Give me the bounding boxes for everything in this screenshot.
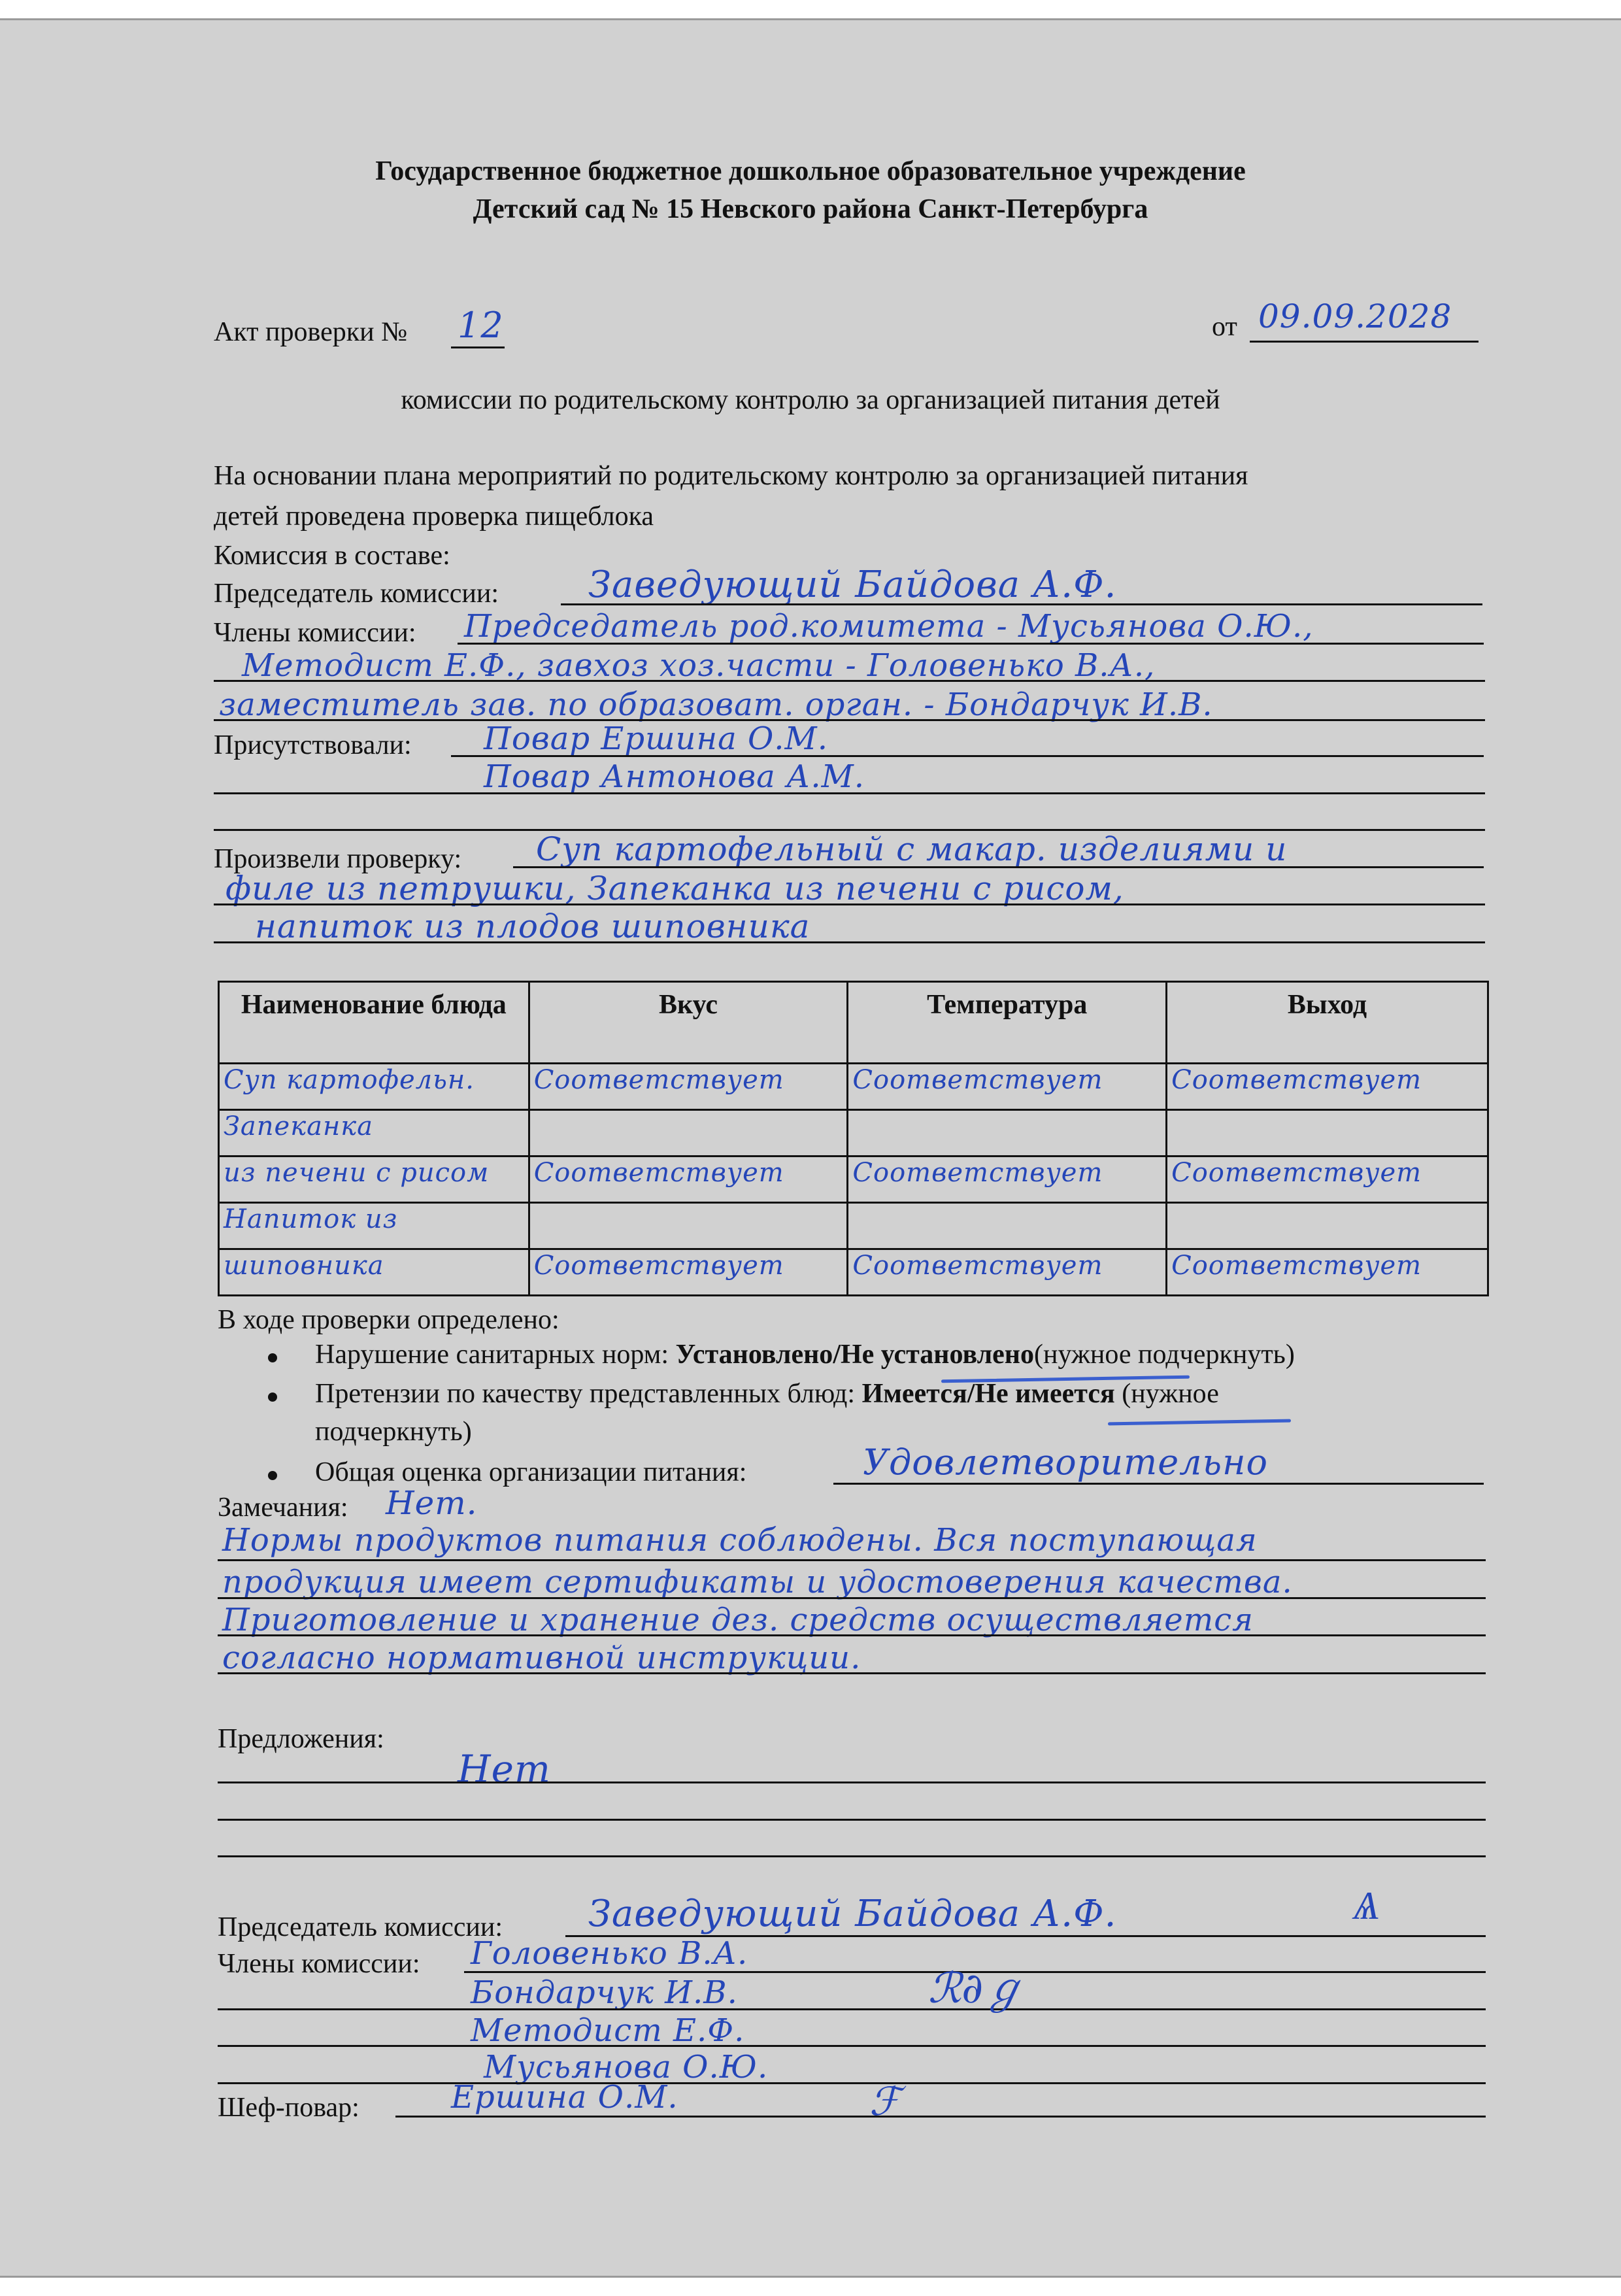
table-row: из печени с рисомСоответствуетСоответств… [219,1156,1488,1203]
cell-taste [529,1203,848,1249]
cell-temperature [848,1203,1167,1249]
remarks-first: Нет. [386,1484,478,1522]
remarks-line-3: Приготовление и хранение дез. средств ос… [222,1602,1254,1638]
chef-value: Ершина О.М. [451,2079,678,2116]
present-line-2: Повар Антонова А.М. [484,758,865,795]
chair-underline [561,603,1482,605]
cell-temperature: Соответствует [848,1249,1167,1296]
hint-underline: (нужное [1115,1379,1219,1409]
composition-label: Комиссия в составе: [214,540,450,571]
sign-member-3: Методист Е.Ф. [471,2012,744,2049]
sign-members-underline-2 [218,2008,1486,2010]
cell-taste: Соответствует [529,1249,848,1296]
cell-yield: Соответствует [1167,1249,1488,1296]
act-date-label: от [1212,311,1237,343]
hint-underline-cont: подчеркнуть) [315,1416,472,1447]
overall-assessment-label: Общая оценка организации питания: [315,1457,746,1488]
option-established[interactable]: Установлено [676,1340,833,1370]
handwritten-entry: Запеканка [224,1111,373,1141]
sign-members-label: Члены комиссии: [218,1948,420,1980]
handwritten-entry: Суп картофельн. [224,1065,475,1095]
chef-underline [395,2116,1486,2118]
cell-dish-name: из печени с рисом [219,1156,529,1203]
act-number-underline [451,346,505,348]
cell-temperature [848,1110,1167,1156]
proposals-value: Нет [458,1747,551,1791]
finding-quality-label: Претензии по качеству представленных блю… [315,1379,862,1409]
act-number-value: 12 [458,305,504,346]
finding-quality-claims: Претензии по качеству представленных блю… [315,1378,1219,1410]
chair-signature: Ѧ [1353,1883,1380,1929]
sign-chair-label: Председатель комиссии: [218,1912,503,1943]
chair-value: Заведующий Байдова А.Ф. [588,564,1116,606]
cell-taste: Соответствует [529,1156,848,1203]
members-line-2: Методист Е.Ф., завхоз хоз.части - Голове… [242,647,1155,684]
members-line-3: заместитель зав. по образоват. орган. - … [219,686,1213,723]
remarks-underline-2 [218,1597,1486,1599]
handwritten-entry: Соответствует [852,1158,1103,1188]
cell-dish-name: Напиток из [219,1203,529,1249]
institution-name-line1: Государственное бюджетное дошкольное обр… [0,156,1621,187]
inspection-line-1: Суп картофельный с макар. изделиями и [536,830,1287,868]
present-underline-1 [451,755,1484,757]
intro-line1: На основании плана мероприятий по родите… [214,460,1248,492]
act-number-label: Акт проверки № [214,316,407,348]
handwritten-entry: Напиток из [224,1204,397,1234]
finding-sanitary-label: Нарушение санитарных норм: [315,1340,676,1370]
hint-underline: (нужное подчеркнуть) [1034,1340,1295,1370]
sign-members-underline-3 [218,2045,1486,2047]
bullet-icon [268,1353,277,1362]
cell-dish-name: Суп картофельн. [219,1064,529,1110]
sign-chair-value: Заведующий Байдова А.Ф. [588,1893,1116,1935]
chef-label: Шеф-повар: [218,2092,359,2123]
member-signatures: ℛ∂ℊ [928,1955,1025,2015]
header-dish-name: Наименование блюда [219,982,529,1064]
handwritten-entry: Соответствует [1171,1158,1422,1188]
bullet-icon [268,1393,277,1402]
finding-sanitary: Нарушение санитарных норм: Установлено/Н… [315,1339,1295,1370]
cell-taste [529,1110,848,1156]
overall-assessment-underline [833,1483,1484,1485]
members-label: Члены комиссии: [214,617,416,649]
dishes-table: Наименование блюда Вкус Температура Выхо… [218,981,1489,1296]
cell-taste: Соответствует [529,1064,848,1110]
act-subtitle: комиссии по родительскому контролю за ор… [0,384,1621,416]
chair-label: Председатель комиссии: [214,578,499,609]
chef-signature: ℱ [869,2079,900,2125]
table-row: Напиток из [219,1203,1488,1249]
findings-heading: В ходе проверки определено: [218,1304,560,1336]
cell-yield: Соответствует [1167,1064,1488,1110]
option-separator: / [833,1340,841,1370]
intro-line2: детей проведена проверка пищеблока [214,501,654,532]
inspection-underline-2 [214,903,1485,905]
remarks-underline-4 [218,1672,1486,1674]
inspection-line-2: филе из петрушки, Запеканка из печени с … [226,869,1124,907]
cell-yield: Соответствует [1167,1156,1488,1203]
inspection-underline-3 [214,941,1485,943]
remarks-line-2: продукция имеет сертификаты и удостовере… [222,1564,1293,1600]
remarks-underline-3 [218,1634,1486,1636]
header-taste: Вкус [529,982,848,1064]
proposals-underline-1 [218,1781,1486,1783]
handwritten-entry: Соответствует [534,1158,784,1188]
table-header-row: Наименование блюда Вкус Температура Выхо… [219,982,1488,1064]
overall-assessment-value: Удовлетворительно [863,1442,1268,1483]
option-separator: / [967,1379,975,1409]
members-underline-3 [214,719,1485,721]
handwritten-entry: Соответствует [1171,1065,1422,1095]
members-underline-1 [458,643,1484,645]
inspection-line-3: напиток из плодов шиповника [255,907,811,945]
handwritten-entry: Соответствует [852,1065,1103,1095]
members-line-1: Председатель род.комитета - Мусьянова О.… [464,608,1314,645]
remarks-line-1: Нормы продуктов питания соблюдены. Вся п… [222,1522,1258,1559]
cell-yield [1167,1203,1488,1249]
cell-dish-name: Запеканка [219,1110,529,1156]
present-label: Присутствовали: [214,730,412,761]
handwritten-entry: Соответствует [534,1065,784,1095]
proposals-underline-2 [218,1819,1486,1821]
table-row: Суп картофельн.СоответствуетСоответствуе… [219,1064,1488,1110]
inspection-underline-1 [513,866,1484,868]
table-row: Запеканка [219,1110,1488,1156]
option-not-exists[interactable]: Не имеется [975,1379,1114,1409]
header-yield: Выход [1167,982,1488,1064]
sign-members-underline-4 [218,2082,1486,2084]
cell-yield [1167,1110,1488,1156]
handwritten-entry: Соответствует [534,1251,784,1281]
option-exists[interactable]: Имеется [862,1379,967,1409]
bullet-icon [268,1471,277,1480]
present-underline-2 [214,792,1485,794]
cell-temperature: Соответствует [848,1156,1167,1203]
proposals-underline-3 [218,1855,1486,1857]
remarks-line-4: согласно нормативной инструкции. [222,1640,861,1676]
remarks-label: Замечания: [218,1492,348,1523]
sign-member-2: Бондарчук И.В. [471,1974,738,2011]
cell-temperature: Соответствует [848,1064,1167,1110]
act-date-value: 09.09.2028 [1258,297,1452,335]
remarks-underline-1 [218,1559,1486,1561]
members-underline-2 [214,680,1485,682]
handwritten-entry: Соответствует [852,1251,1103,1281]
handwritten-entry: из печени с рисом [224,1158,489,1188]
handwritten-entry: шиповника [224,1251,384,1281]
option-not-established[interactable]: Не установлено [841,1340,1034,1370]
present-line-1: Повар Ершина О.М. [484,720,828,757]
proposals-label: Предложения: [218,1723,384,1755]
act-date-underline [1250,341,1479,343]
sign-member-1: Головенько В.А. [471,1935,748,1972]
table-row: шиповникаСоответствуетСоответствуетСоотв… [219,1249,1488,1296]
header-temperature: Температура [848,982,1167,1064]
cell-dish-name: шиповника [219,1249,529,1296]
handwritten-entry: Соответствует [1171,1251,1422,1281]
institution-name-line2: Детский сад № 15 Невского района Санкт-П… [0,194,1621,225]
